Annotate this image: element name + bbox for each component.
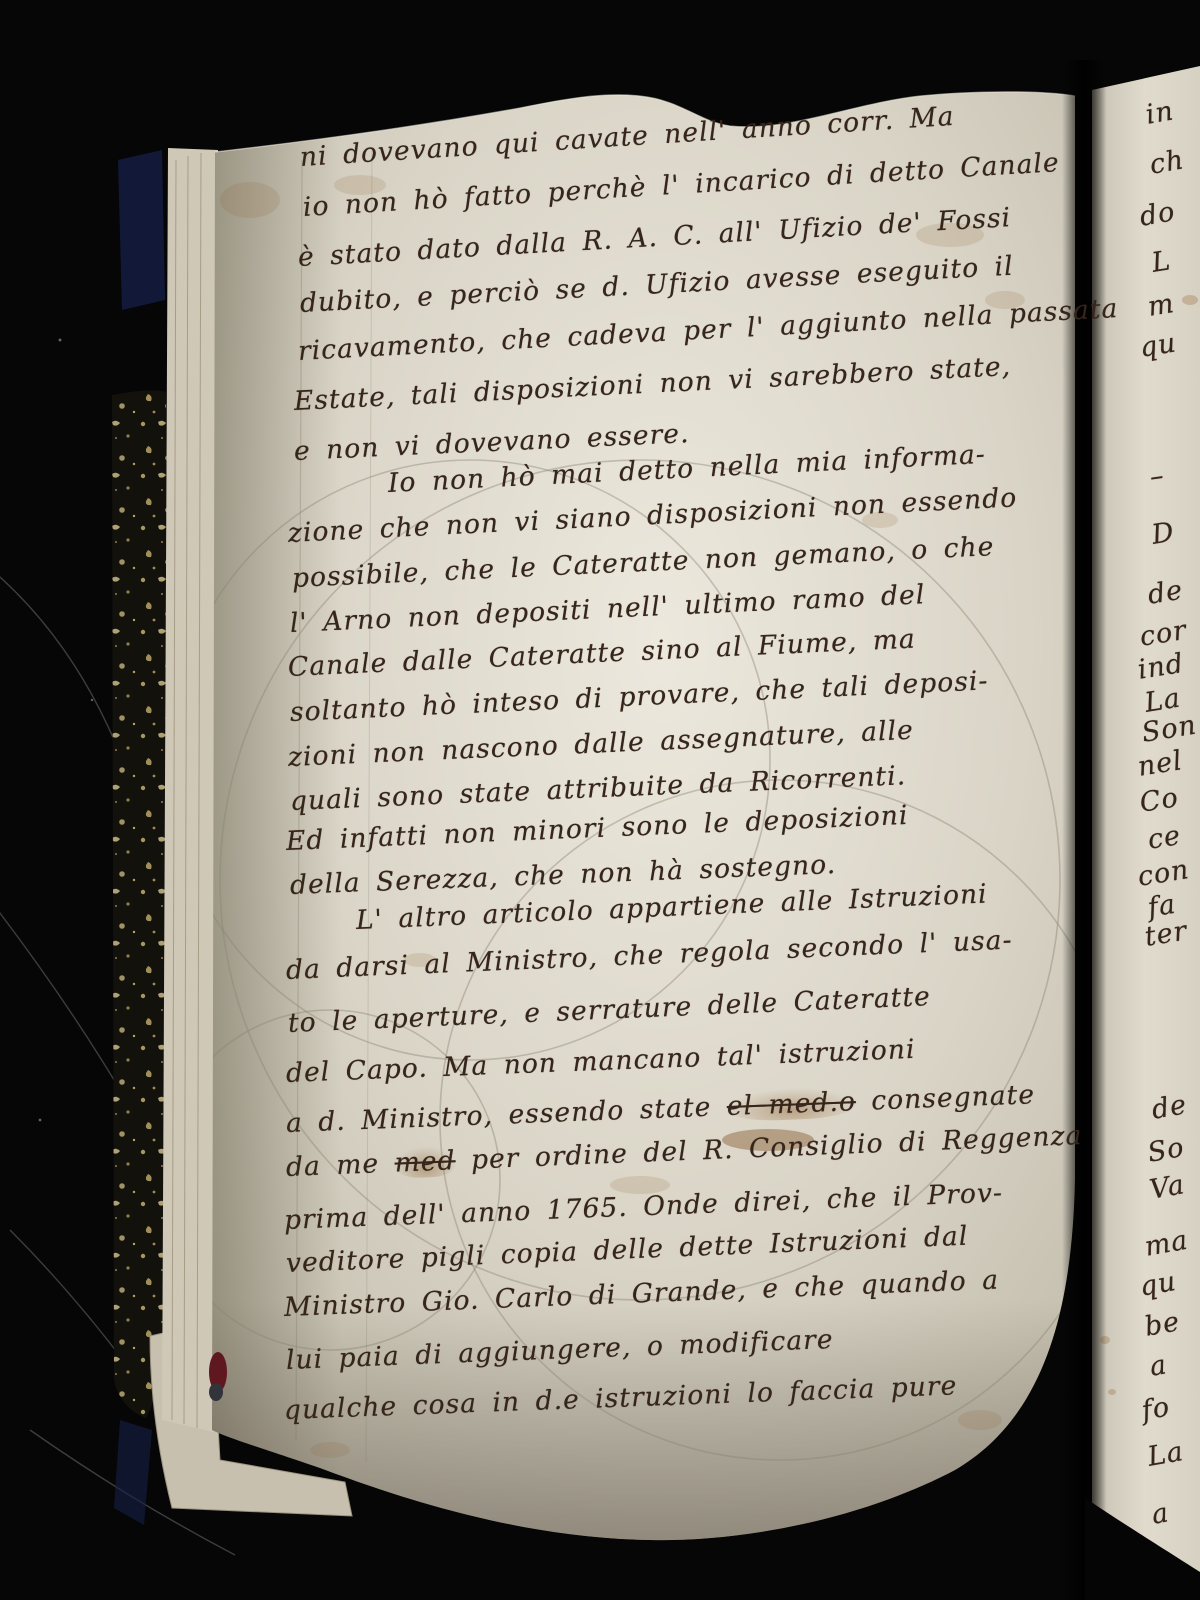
- page-edge-stack-left: [162, 148, 218, 1432]
- book-photo-background: [0, 0, 1200, 1600]
- right-page: [1092, 66, 1200, 1600]
- gutter-shadow: [1062, 60, 1106, 1600]
- cover-blue-edge-top: [118, 150, 165, 310]
- open-book-photo: ni dovevano qui cavate nell' anno corr. …: [0, 0, 1200, 1600]
- ink-smear-stain: [722, 1129, 814, 1151]
